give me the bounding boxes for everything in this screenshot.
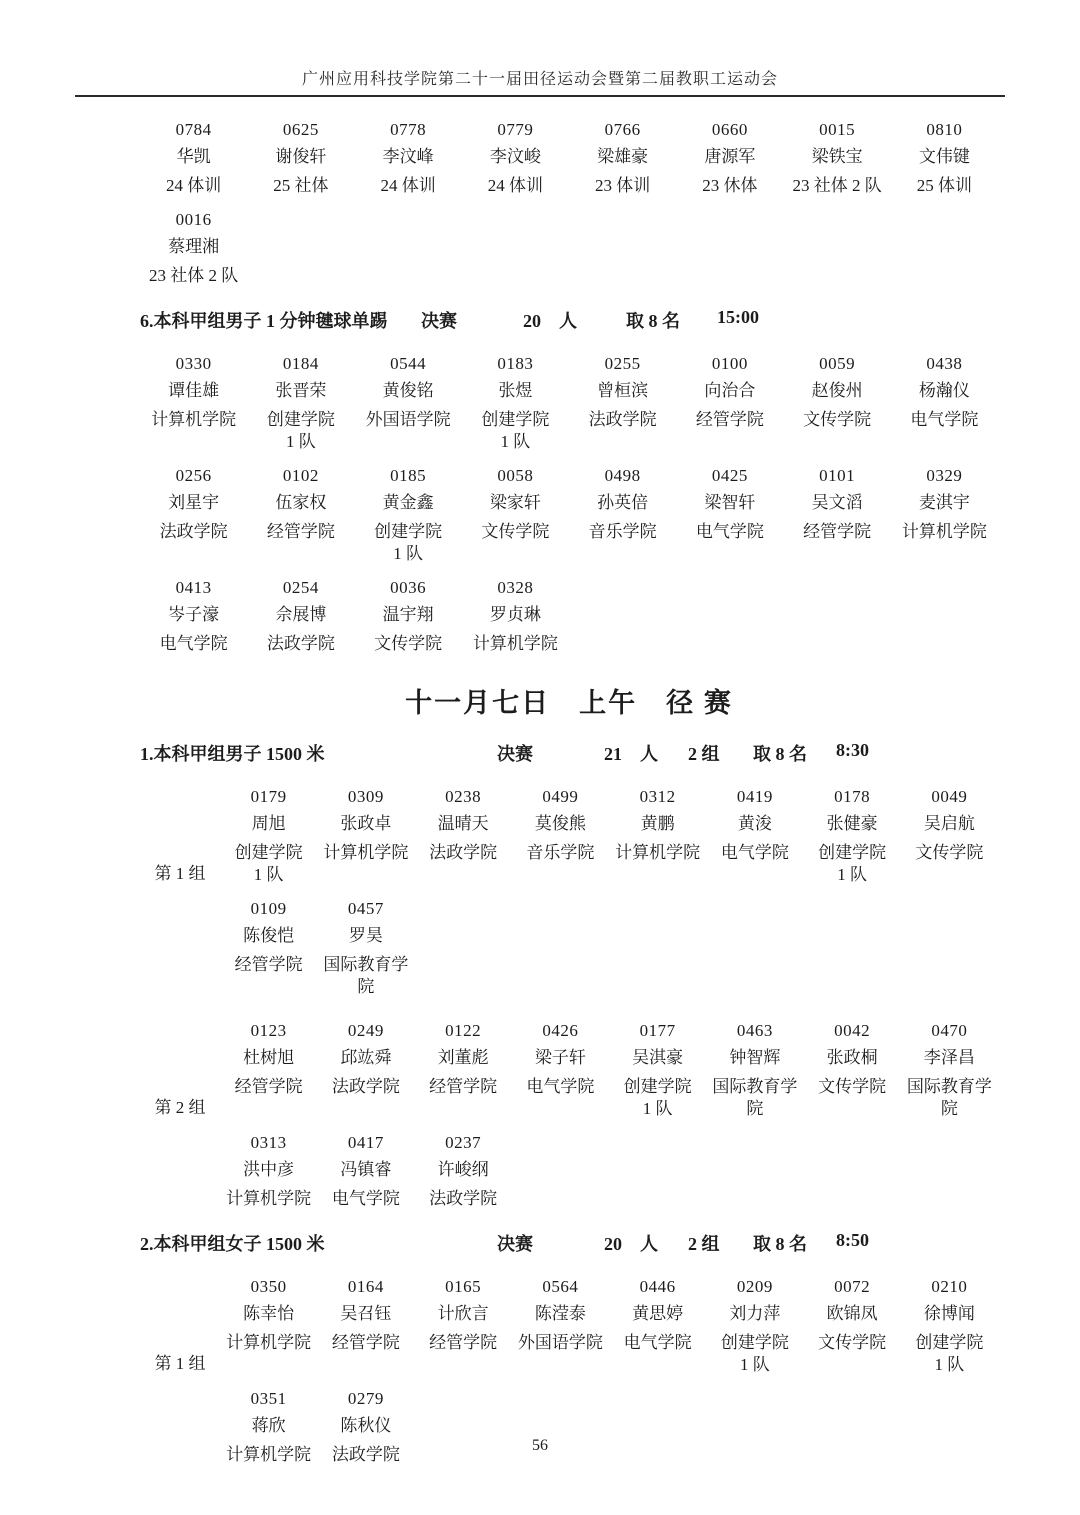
athlete-department: 23 社体 2 队 xyxy=(142,265,245,287)
session-title: 十一月七日 上午 径 赛 xyxy=(140,681,998,720)
athlete-name: 邱竑舜 xyxy=(319,1047,412,1068)
athlete-cell: 0309张政卓计算机学院 xyxy=(317,786,414,886)
athlete-department: 文传学院 xyxy=(806,1076,899,1098)
athlete-name: 罗昊 xyxy=(319,925,412,946)
athlete-number: 0417 xyxy=(319,1132,412,1153)
athlete-name: 陈俊恺 xyxy=(222,925,315,946)
athlete-cell: 0417冯镇睿电气学院 xyxy=(317,1132,414,1210)
athlete-department: 法政学院 xyxy=(571,409,674,431)
athlete-number: 0072 xyxy=(806,1276,899,1297)
athlete-cell: 0446黄思婷电气学院 xyxy=(609,1276,706,1376)
athlete-row: 第 2 组0123杜树旭经管学院0249邱竑舜法政学院0122刘董彪经管学院04… xyxy=(140,1020,998,1120)
athlete-cell: 0426梁子轩电气学院 xyxy=(512,1020,609,1120)
athlete-department: 经管学院 xyxy=(786,521,889,543)
athlete-department: 创建学院 1 队 xyxy=(249,409,352,453)
event-group-count: 2 组 xyxy=(688,1230,720,1256)
athlete-department: 音乐学院 xyxy=(571,521,674,543)
athlete-name: 杜树旭 xyxy=(222,1047,315,1068)
athlete-department: 法政学院 xyxy=(417,842,510,864)
athlete-cell: 0564陈滢泰外国语学院 xyxy=(512,1276,609,1376)
athlete-number: 0015 xyxy=(786,119,889,140)
event-qualifiers: 取 8 名 xyxy=(626,307,680,333)
athlete-number: 0122 xyxy=(417,1020,510,1041)
event-qualifiers: 取 8 名 xyxy=(753,740,807,766)
athlete-name: 罗贞琳 xyxy=(464,604,567,625)
document-header: 广州应用科技学院第二十一届田径运动会暨第二届教职工运动会 xyxy=(0,0,1080,97)
header-title: 广州应用科技学院第二十一届田径运动会暨第二届教职工运动会 xyxy=(0,0,1080,89)
athlete-department: 计算机学院 xyxy=(222,1188,315,1210)
athlete-name: 黄思婷 xyxy=(611,1303,704,1324)
athlete-number: 0328 xyxy=(464,577,567,598)
athlete-department: 23 社体 2 队 xyxy=(786,175,889,197)
athlete-cell: 0122刘董彪经管学院 xyxy=(415,1020,512,1120)
athlete-department: 创建学院 1 队 xyxy=(708,1332,801,1376)
athlete-number: 0123 xyxy=(222,1020,315,1041)
event-group: 第 2 组0123杜树旭经管学院0249邱竑舜法政学院0122刘董彪经管学院04… xyxy=(140,1020,998,1210)
athlete-cell: 0178张健豪创建学院 1 队 xyxy=(804,786,901,886)
athlete-name: 谢俊轩 xyxy=(249,146,352,167)
athlete-number: 0312 xyxy=(611,786,704,807)
athlete-cell: 0438杨瀚仪电气学院 xyxy=(891,353,998,453)
athlete-row: 第 1 组0179周旭创建学院 1 队0309张政卓计算机学院0238温晴天法政… xyxy=(140,786,998,886)
athlete-number: 0109 xyxy=(222,898,315,919)
athlete-number: 0446 xyxy=(611,1276,704,1297)
athlete-cell: 0413岑子濠电气学院 xyxy=(140,577,247,655)
athlete-department: 创建学院 1 队 xyxy=(806,842,899,886)
athlete-number: 0184 xyxy=(249,353,352,374)
athlete-cell: 0184张晋荣创建学院 1 队 xyxy=(247,353,354,453)
document-page: 广州应用科技学院第二十一届田径运动会暨第二届教职工运动会 0784华凯24 体训… xyxy=(0,0,1080,1515)
athlete-number: 0042 xyxy=(806,1020,899,1041)
athlete-name: 吴召钰 xyxy=(319,1303,412,1324)
athlete-department: 国际教育学 院 xyxy=(319,954,412,998)
athlete-department: 文传学院 xyxy=(464,521,567,543)
athlete-department: 国际教育学 院 xyxy=(708,1076,801,1120)
athlete-cell: 0470李泽昌国际教育学 院 xyxy=(901,1020,998,1120)
athlete-cell: 0498孙英倍音乐学院 xyxy=(569,465,676,565)
athlete-name: 黄俊铭 xyxy=(357,380,460,401)
athlete-name: 赵俊州 xyxy=(786,380,889,401)
athlete-name: 刘董彪 xyxy=(417,1047,510,1068)
athlete-number: 0237 xyxy=(417,1132,510,1153)
athlete-cell: 0778李汶峰24 体训 xyxy=(355,119,462,197)
event-entrant-count: 20 人 xyxy=(604,1230,658,1256)
athlete-number: 0766 xyxy=(571,119,674,140)
athlete-cell: 0330谭佳雄计算机学院 xyxy=(140,353,247,453)
athlete-name: 冯镇睿 xyxy=(319,1159,412,1180)
athlete-name: 佘展博 xyxy=(249,604,352,625)
athlete-name: 梁子轩 xyxy=(514,1047,607,1068)
athlete-department: 经管学院 xyxy=(678,409,781,431)
athlete-number: 0544 xyxy=(357,353,460,374)
athlete-number: 0463 xyxy=(708,1020,801,1041)
athlete-cell: 0058梁家轩文传学院 xyxy=(462,465,569,565)
athlete-cell: 0463钟智辉国际教育学 院 xyxy=(706,1020,803,1120)
event-header: 1.本科甲组男子 1500 米决赛21 人2 组取 8 名8:30 xyxy=(140,740,998,764)
athlete-cell: 0544黄俊铭外国语学院 xyxy=(355,353,462,453)
athlete-cell: 0457罗昊国际教育学 院 xyxy=(317,898,414,998)
athlete-name: 唐源军 xyxy=(678,146,781,167)
athlete-department: 24 体训 xyxy=(142,175,245,197)
athlete-number: 0810 xyxy=(893,119,996,140)
athlete-block: 0784华凯24 体训0625谢俊轩25 社体0778李汶峰24 体训0779李… xyxy=(140,119,998,287)
athlete-department: 经管学院 xyxy=(222,1076,315,1098)
athlete-cell: 0350陈幸怡计算机学院 xyxy=(220,1276,317,1376)
event-title: 6.本科甲组男子 1 分钟毽球单踢 xyxy=(140,307,388,333)
athlete-number: 0016 xyxy=(142,209,245,230)
athlete-cell: 0660唐源军23 休体 xyxy=(676,119,783,197)
athlete-cell: 0210徐博闻创建学院 1 队 xyxy=(901,1276,998,1376)
athlete-cell: 0419黄浚电气学院 xyxy=(706,786,803,886)
athlete-number: 0470 xyxy=(903,1020,996,1041)
athlete-name: 计欣言 xyxy=(417,1303,510,1324)
athlete-row: 0784华凯24 体训0625谢俊轩25 社体0778李汶峰24 体训0779李… xyxy=(140,119,998,197)
athlete-number: 0426 xyxy=(514,1020,607,1041)
athlete-number: 0178 xyxy=(806,786,899,807)
event-start-time: 8:50 xyxy=(836,1230,869,1251)
athlete-department: 创建学院 1 队 xyxy=(357,521,460,565)
athlete-number: 0779 xyxy=(464,119,567,140)
athlete-department: 创建学院 1 队 xyxy=(903,1332,996,1376)
athlete-name: 洪中彦 xyxy=(222,1159,315,1180)
event-round: 决赛 xyxy=(497,740,533,766)
athlete-number: 0457 xyxy=(319,898,412,919)
athlete-cell: 0237许峻纲法政学院 xyxy=(415,1132,512,1210)
athlete-department: 计算机学院 xyxy=(319,842,412,864)
athlete-name: 梁雄豪 xyxy=(571,146,674,167)
athlete-number: 0256 xyxy=(142,465,245,486)
athlete-department: 经管学院 xyxy=(319,1332,412,1354)
athlete-row: 0109陈俊恺经管学院0457罗昊国际教育学 院 xyxy=(140,898,998,998)
athlete-cell: 0810文伟键25 体训 xyxy=(891,119,998,197)
athlete-name: 刘星宇 xyxy=(142,492,245,513)
athlete-name: 梁智轩 xyxy=(678,492,781,513)
athlete-cell: 0784华凯24 体训 xyxy=(140,119,247,197)
athlete-department: 电气学院 xyxy=(708,842,801,864)
athlete-number: 0255 xyxy=(571,353,674,374)
event-group: 第 1 组0179周旭创建学院 1 队0309张政卓计算机学院0238温晴天法政… xyxy=(140,786,998,998)
athlete-department: 外国语学院 xyxy=(357,409,460,431)
athlete-number: 0177 xyxy=(611,1020,704,1041)
athlete-cell: 0049吴启航文传学院 xyxy=(901,786,998,886)
athlete-department: 文传学院 xyxy=(806,1332,899,1354)
athlete-department: 23 休体 xyxy=(678,175,781,197)
athlete-name: 李汶峻 xyxy=(464,146,567,167)
athlete-department: 计算机学院 xyxy=(142,409,245,431)
athlete-name: 莫俊熊 xyxy=(514,813,607,834)
event-group-count: 2 组 xyxy=(688,740,720,766)
athlete-name: 黄金鑫 xyxy=(357,492,460,513)
athlete-cell: 0766梁雄豪23 体训 xyxy=(569,119,676,197)
athlete-name: 黄浚 xyxy=(708,813,801,834)
athlete-name: 张政卓 xyxy=(319,813,412,834)
athlete-number: 0625 xyxy=(249,119,352,140)
athlete-name: 刘力萍 xyxy=(708,1303,801,1324)
event-round: 决赛 xyxy=(497,1230,533,1256)
athlete-number: 0209 xyxy=(708,1276,801,1297)
athlete-number: 0778 xyxy=(357,119,460,140)
athlete-number: 0164 xyxy=(319,1276,412,1297)
athlete-cell: 0177吴淇豪创建学院 1 队 xyxy=(609,1020,706,1120)
event-header: 6.本科甲组男子 1 分钟毽球单踢决赛20 人取 8 名15:00 xyxy=(140,307,998,331)
athlete-name: 温宇翔 xyxy=(357,604,460,625)
group-label-spacer xyxy=(140,1132,220,1210)
athlete-department: 25 社体 xyxy=(249,175,352,197)
event-header: 2.本科甲组女子 1500 米决赛20 人2 组取 8 名8:50 xyxy=(140,1230,998,1254)
athlete-department: 电气学院 xyxy=(514,1076,607,1098)
athlete-number: 0100 xyxy=(678,353,781,374)
athlete-number: 0784 xyxy=(142,119,245,140)
athlete-name: 张政桐 xyxy=(806,1047,899,1068)
athlete-number: 0249 xyxy=(319,1020,412,1041)
athlete-row: 0016蔡理湘23 社体 2 队 xyxy=(140,209,998,287)
athlete-name: 许峻纲 xyxy=(417,1159,510,1180)
athlete-department: 音乐学院 xyxy=(514,842,607,864)
athlete-cell: 0313洪中彦计算机学院 xyxy=(220,1132,317,1210)
athlete-cell: 0059赵俊州文传学院 xyxy=(784,353,891,453)
athlete-number: 0059 xyxy=(786,353,889,374)
athlete-name: 向治合 xyxy=(678,380,781,401)
athlete-cell: 0164吴召钰经管学院 xyxy=(317,1276,414,1376)
athlete-name: 黄鹏 xyxy=(611,813,704,834)
athlete-name: 陈幸怡 xyxy=(222,1303,315,1324)
athlete-number: 0498 xyxy=(571,465,674,486)
athlete-number: 0036 xyxy=(357,577,460,598)
athlete-name: 杨瀚仪 xyxy=(893,380,996,401)
athlete-cell: 0254佘展博法政学院 xyxy=(247,577,354,655)
athlete-name: 陈滢泰 xyxy=(514,1303,607,1324)
athlete-number: 0499 xyxy=(514,786,607,807)
athlete-cell: 0042张政桐文传学院 xyxy=(804,1020,901,1120)
athlete-number: 0165 xyxy=(417,1276,510,1297)
athlete-cell: 0015梁铁宝23 社体 2 队 xyxy=(784,119,891,197)
athlete-number: 0183 xyxy=(464,353,567,374)
athlete-cell: 0255曾桓滨法政学院 xyxy=(569,353,676,453)
athlete-row: 第 1 组0350陈幸怡计算机学院0164吴召钰经管学院0165计欣言经管学院0… xyxy=(140,1276,998,1376)
schedule-content: 0784华凯24 体训0625谢俊轩25 社体0778李汶峰24 体训0779李… xyxy=(140,119,998,1466)
athlete-name: 孙英倍 xyxy=(571,492,674,513)
athlete-department: 24 体训 xyxy=(464,175,567,197)
event-title: 2.本科甲组女子 1500 米 xyxy=(140,1230,325,1256)
athlete-row: 0256刘星宇法政学院0102伍家权经管学院0185黄金鑫创建学院 1 队005… xyxy=(140,465,998,565)
athlete-cell: 0101吴文滔经管学院 xyxy=(784,465,891,565)
athlete-number: 0564 xyxy=(514,1276,607,1297)
athlete-department: 计算机学院 xyxy=(222,1332,315,1354)
athlete-department: 经管学院 xyxy=(249,521,352,543)
athlete-number: 0058 xyxy=(464,465,567,486)
athlete-number: 0413 xyxy=(142,577,245,598)
athlete-cell: 0425梁智轩电气学院 xyxy=(676,465,783,565)
athlete-department: 电气学院 xyxy=(319,1188,412,1210)
athlete-number: 0313 xyxy=(222,1132,315,1153)
athlete-department: 23 体训 xyxy=(571,175,674,197)
athlete-name: 陈秋仪 xyxy=(319,1415,412,1436)
group-label-spacer xyxy=(140,898,220,998)
athlete-name: 张健豪 xyxy=(806,813,899,834)
event-entrant-count: 21 人 xyxy=(604,740,658,766)
athlete-number: 0101 xyxy=(786,465,889,486)
athlete-name: 李泽昌 xyxy=(903,1047,996,1068)
athlete-name: 蔡理湘 xyxy=(142,236,245,257)
athlete-cell: 0238温晴天法政学院 xyxy=(415,786,512,886)
athlete-number: 0419 xyxy=(708,786,801,807)
athlete-name: 钟智辉 xyxy=(708,1047,801,1068)
athlete-row: 0330谭佳雄计算机学院0184张晋荣创建学院 1 队0544黄俊铭外国语学院0… xyxy=(140,353,998,453)
athlete-department: 法政学院 xyxy=(319,1076,412,1098)
event-start-time: 8:30 xyxy=(836,740,869,761)
athlete-cell: 0779李汶峻24 体训 xyxy=(462,119,569,197)
athlete-cell: 0165计欣言经管学院 xyxy=(415,1276,512,1376)
athlete-name: 吴淇豪 xyxy=(611,1047,704,1068)
athlete-department: 电气学院 xyxy=(142,633,245,655)
group-label: 第 1 组 xyxy=(140,1349,220,1376)
athlete-number: 0210 xyxy=(903,1276,996,1297)
athlete-department: 电气学院 xyxy=(611,1332,704,1354)
athlete-department: 国际教育学 院 xyxy=(903,1076,996,1120)
athlete-cell: 0036温宇翔文传学院 xyxy=(355,577,462,655)
athlete-name: 麦淇宇 xyxy=(893,492,996,513)
athlete-department: 电气学院 xyxy=(678,521,781,543)
athlete-cell: 0249邱竑舜法政学院 xyxy=(317,1020,414,1120)
athlete-name: 曾桓滨 xyxy=(571,380,674,401)
athlete-name: 徐博闻 xyxy=(903,1303,996,1324)
page-number: 56 xyxy=(0,1437,1080,1455)
event-title: 1.本科甲组男子 1500 米 xyxy=(140,740,325,766)
athlete-department: 文传学院 xyxy=(786,409,889,431)
athlete-cell: 0328罗贞琳计算机学院 xyxy=(462,577,569,655)
athlete-department: 法政学院 xyxy=(142,521,245,543)
athlete-name: 温晴天 xyxy=(417,813,510,834)
athlete-name: 周旭 xyxy=(222,813,315,834)
athlete-department: 24 体训 xyxy=(357,175,460,197)
athlete-number: 0425 xyxy=(678,465,781,486)
athlete-cell: 0625谢俊轩25 社体 xyxy=(247,119,354,197)
athlete-number: 0179 xyxy=(222,786,315,807)
athlete-name: 岑子濠 xyxy=(142,604,245,625)
athlete-department: 25 体训 xyxy=(893,175,996,197)
athlete-department: 经管学院 xyxy=(222,954,315,976)
athlete-name: 伍家权 xyxy=(249,492,352,513)
athlete-department: 计算机学院 xyxy=(611,842,704,864)
athlete-name: 李汶峰 xyxy=(357,146,460,167)
athlete-number: 0254 xyxy=(249,577,352,598)
event-start-time: 15:00 xyxy=(717,307,759,328)
event-round: 决赛 xyxy=(421,307,457,333)
athlete-cell: 0256刘星宇法政学院 xyxy=(140,465,247,565)
athlete-number: 0329 xyxy=(893,465,996,486)
athlete-department: 创建学院 1 队 xyxy=(222,842,315,886)
athlete-department: 计算机学院 xyxy=(893,521,996,543)
athlete-department: 电气学院 xyxy=(893,409,996,431)
athlete-department: 法政学院 xyxy=(417,1188,510,1210)
athlete-cell: 0185黄金鑫创建学院 1 队 xyxy=(355,465,462,565)
athlete-name: 吴启航 xyxy=(903,813,996,834)
athlete-name: 文伟键 xyxy=(893,146,996,167)
athlete-number: 0049 xyxy=(903,786,996,807)
athlete-number: 0279 xyxy=(319,1388,412,1409)
athlete-name: 华凯 xyxy=(142,146,245,167)
athlete-name: 谭佳雄 xyxy=(142,380,245,401)
athlete-number: 0350 xyxy=(222,1276,315,1297)
athlete-block: 0330谭佳雄计算机学院0184张晋荣创建学院 1 队0544黄俊铭外国语学院0… xyxy=(140,353,998,655)
athlete-department: 经管学院 xyxy=(417,1332,510,1354)
athlete-department: 计算机学院 xyxy=(464,633,567,655)
header-rule xyxy=(75,95,1005,97)
athlete-department: 经管学院 xyxy=(417,1076,510,1098)
athlete-cell: 0072欧锦凤文传学院 xyxy=(804,1276,901,1376)
athlete-department: 创建学院 1 队 xyxy=(611,1076,704,1120)
athlete-cell: 0209刘力萍创建学院 1 队 xyxy=(706,1276,803,1376)
athlete-number: 0309 xyxy=(319,786,412,807)
athlete-cell: 0329麦淇宇计算机学院 xyxy=(891,465,998,565)
athlete-name: 欧锦凤 xyxy=(806,1303,899,1324)
athlete-name: 梁铁宝 xyxy=(786,146,889,167)
group-label: 第 2 组 xyxy=(140,1093,220,1120)
athlete-name: 张煜 xyxy=(464,380,567,401)
athlete-cell: 0100向治合经管学院 xyxy=(676,353,783,453)
athlete-department: 法政学院 xyxy=(249,633,352,655)
athlete-name: 蒋欣 xyxy=(222,1415,315,1436)
athlete-department: 外国语学院 xyxy=(514,1332,607,1354)
athlete-name: 张晋荣 xyxy=(249,380,352,401)
athlete-row: 0413岑子濠电气学院0254佘展博法政学院0036温宇翔文传学院0328罗贞琳… xyxy=(140,577,998,655)
athlete-department: 文传学院 xyxy=(357,633,460,655)
athlete-cell: 0179周旭创建学院 1 队 xyxy=(220,786,317,886)
athlete-cell: 0183张煜创建学院 1 队 xyxy=(462,353,569,453)
athlete-number: 0330 xyxy=(142,353,245,374)
athlete-number: 0102 xyxy=(249,465,352,486)
athlete-name: 吴文滔 xyxy=(786,492,889,513)
athlete-number: 0351 xyxy=(222,1388,315,1409)
group-label: 第 1 组 xyxy=(140,859,220,886)
athlete-cell: 0312黄鹏计算机学院 xyxy=(609,786,706,886)
athlete-number: 0185 xyxy=(357,465,460,486)
athlete-number: 0238 xyxy=(417,786,510,807)
athlete-department: 创建学院 1 队 xyxy=(464,409,567,453)
athlete-cell: 0499莫俊熊音乐学院 xyxy=(512,786,609,886)
event-entrant-count: 20 人 xyxy=(523,307,577,333)
athlete-name: 梁家轩 xyxy=(464,492,567,513)
athlete-department: 文传学院 xyxy=(903,842,996,864)
athlete-row: 0313洪中彦计算机学院0417冯镇睿电气学院0237许峻纲法政学院 xyxy=(140,1132,998,1210)
athlete-number: 0660 xyxy=(678,119,781,140)
athlete-cell: 0016蔡理湘23 社体 2 队 xyxy=(140,209,247,287)
athlete-number: 0438 xyxy=(893,353,996,374)
athlete-cell: 0109陈俊恺经管学院 xyxy=(220,898,317,998)
event-qualifiers: 取 8 名 xyxy=(753,1230,807,1256)
athlete-cell: 0123杜树旭经管学院 xyxy=(220,1020,317,1120)
athlete-cell: 0102伍家权经管学院 xyxy=(247,465,354,565)
